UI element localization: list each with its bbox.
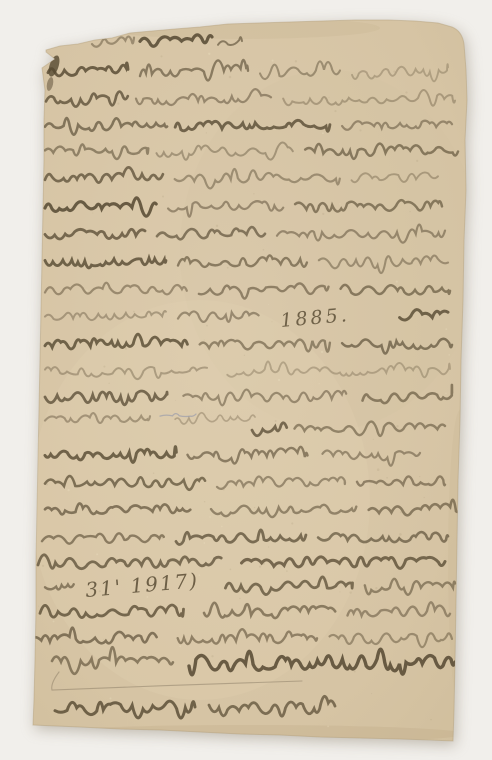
paper-speckle	[334, 110, 336, 112]
paper-speckle	[153, 472, 154, 473]
paper-speckle	[405, 91, 407, 93]
paper-speckle	[253, 193, 254, 194]
paper-speckle	[349, 591, 351, 593]
paper-speckle	[244, 355, 245, 356]
paper-speckle	[204, 501, 205, 502]
paper-speckle	[206, 325, 208, 327]
paper-speckle	[239, 598, 240, 599]
paper-speckle	[377, 468, 380, 471]
paper-speckle	[221, 408, 223, 410]
paper-speckle	[321, 351, 323, 353]
paper-speckle	[445, 393, 446, 394]
paper-speckle	[386, 477, 388, 479]
paper-speckle	[175, 400, 176, 401]
paper-speckle	[96, 553, 98, 555]
paper-speckle	[430, 719, 432, 721]
paper-speckle	[196, 398, 198, 400]
paper-speckle	[227, 267, 229, 269]
paper-speckle	[327, 726, 329, 728]
paper-speckle	[199, 574, 201, 576]
paper-speckle	[209, 516, 211, 518]
paper-speckle	[354, 670, 356, 672]
paper-speckle	[272, 321, 273, 322]
paper-speckle	[373, 439, 374, 440]
light-mottle	[30, 300, 370, 700]
paper-speckle	[68, 489, 70, 491]
paper-speckle	[203, 542, 205, 544]
paper-speckle	[268, 546, 269, 547]
paper-speckle	[263, 249, 265, 251]
paper-speckle	[211, 655, 213, 657]
paper-speckle	[319, 383, 320, 384]
paper-speckle	[103, 366, 105, 368]
paper-speckle	[322, 213, 324, 215]
paper-speckle	[230, 569, 232, 571]
paper-speckle	[295, 60, 297, 62]
paper-speckle	[268, 304, 269, 305]
paper-speckle	[278, 379, 280, 381]
paper-speckle	[416, 160, 418, 162]
paper-speckle	[208, 53, 210, 55]
paper-speckle	[409, 211, 410, 212]
paper-speckle	[38, 606, 39, 607]
paper-speckle	[139, 122, 140, 123]
paper-speckle	[456, 614, 459, 617]
paper-speckle	[259, 565, 261, 567]
paper-speckle	[445, 328, 447, 330]
paper-speckle	[179, 645, 181, 647]
paper-speckle	[133, 311, 135, 313]
paper-speckle	[457, 616, 458, 617]
paper-speckle	[48, 76, 49, 77]
paper-speckle	[204, 340, 205, 341]
paper-speckle	[160, 55, 162, 57]
paper-speckle	[254, 507, 255, 508]
paper-speckle	[286, 570, 288, 572]
paper-speckle	[424, 497, 425, 498]
bottom-edge-band	[35, 725, 465, 743]
paper-speckle	[117, 103, 119, 105]
paper-speckle	[108, 383, 109, 384]
paper-speckle	[103, 639, 104, 640]
paper-speckle	[396, 425, 398, 427]
paper-speckle	[42, 565, 44, 567]
paper-speckle	[226, 282, 227, 283]
paper-speckle	[92, 212, 93, 213]
paper-speckle	[53, 620, 55, 622]
paper-speckle	[328, 97, 329, 98]
paper-speckle	[121, 729, 122, 730]
paper-speckle	[109, 697, 111, 699]
letter-scan: 1885. 31' 1917)	[0, 0, 492, 760]
paper-speckle	[339, 203, 340, 204]
paper-speckle	[339, 591, 340, 592]
paper-speckle	[162, 195, 164, 197]
paper-speckle	[399, 533, 402, 536]
paper-speckle	[291, 522, 293, 524]
paper-speckle	[180, 541, 181, 542]
paper-speckle	[86, 290, 88, 292]
paper-speckle	[359, 129, 361, 131]
scanned-letter-page: 1885. 31' 1917)	[0, 0, 492, 760]
paper-speckle	[216, 225, 218, 227]
paper-speckle	[322, 132, 324, 134]
paper-speckle	[221, 526, 222, 527]
paper-speckle	[229, 76, 232, 79]
paper-speckle	[432, 313, 433, 314]
paper-speckle	[375, 587, 377, 589]
paper-speckle	[272, 60, 274, 62]
paper-speckle	[371, 693, 372, 694]
paper-speckle	[396, 281, 398, 283]
paper-speckle	[448, 354, 450, 356]
paper-speckle	[419, 476, 420, 477]
paper-speckle	[206, 132, 207, 133]
paper-speckle	[275, 420, 277, 422]
